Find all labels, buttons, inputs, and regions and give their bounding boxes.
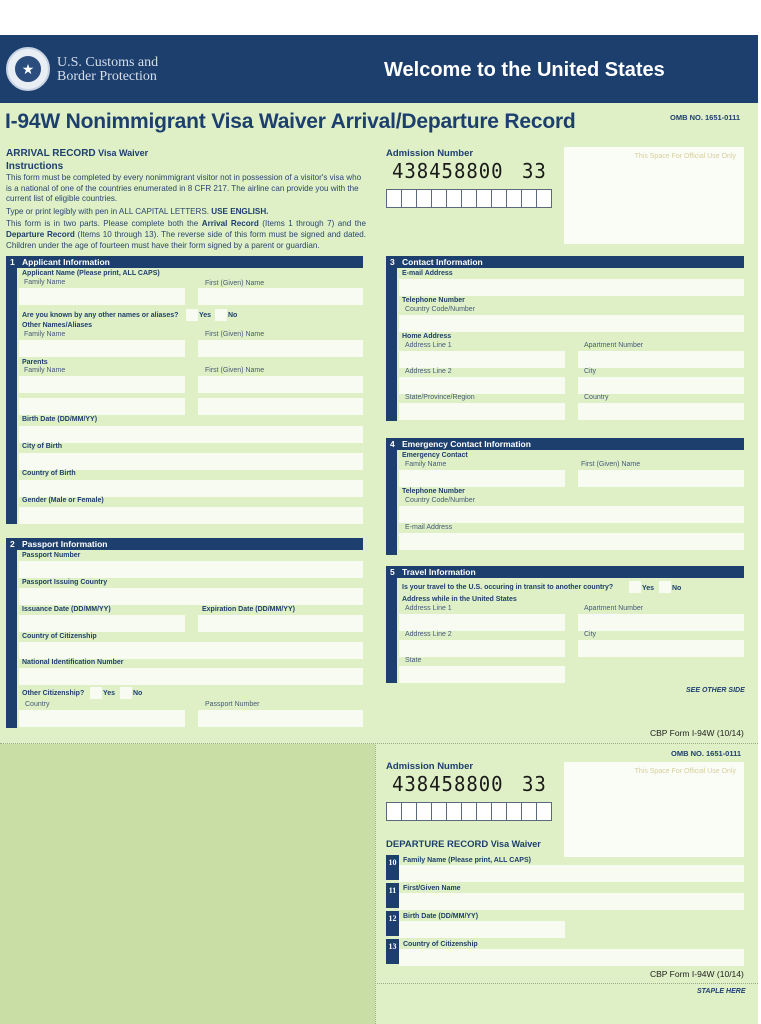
transit-yes-checkbox[interactable] [629, 581, 641, 593]
admission-number-departure: 438458800 [392, 772, 504, 796]
perforation-line-vertical [375, 743, 376, 1024]
admission-number-boxes-departure[interactable] [386, 802, 551, 821]
emergency-first-name-field[interactable] [578, 470, 744, 487]
parent2-first-name-field[interactable] [198, 398, 363, 415]
official-use-box: This Space For Official Use Only [564, 147, 744, 244]
instructions-para-1: This form must be completed by every non… [6, 173, 366, 205]
admission-number-suffix: 33 [522, 159, 547, 183]
admission-digit-box[interactable] [401, 189, 417, 208]
admission-digit-box[interactable] [521, 802, 537, 821]
section-5-header: 5Travel Information [386, 566, 744, 578]
gender-field[interactable] [19, 507, 363, 524]
birth-date-field[interactable] [19, 426, 363, 443]
other-passport-number-field[interactable] [198, 710, 363, 727]
i94w-form-sheet: ★ U.S. Customs and Border Protection Wel… [0, 35, 758, 1024]
aliases-yes-checkbox[interactable] [186, 309, 198, 321]
admission-number-boxes[interactable] [386, 189, 551, 208]
admission-digit-box[interactable] [476, 189, 492, 208]
blank-stub-area [0, 744, 375, 1024]
admission-digit-box[interactable] [491, 189, 507, 208]
admission-digit-box[interactable] [536, 189, 552, 208]
departure-family-name-field[interactable] [399, 865, 744, 882]
instructions-para-3: This form is in two parts. Please comple… [6, 219, 366, 251]
section-applicant-information: 1Applicant Information Applicant Name (P… [6, 256, 363, 524]
admission-digit-box[interactable] [506, 802, 522, 821]
alias-family-name-field[interactable] [19, 340, 185, 357]
admission-digit-box[interactable] [416, 189, 432, 208]
other-citizenship-country-field[interactable] [19, 710, 185, 727]
admission-number-label: Admission Number [386, 148, 473, 159]
admission-number-label-departure: Admission Number [386, 761, 473, 772]
expiration-date-field[interactable] [198, 615, 363, 632]
home-address-line2-field[interactable] [399, 377, 565, 394]
form-id-departure: CBP Form I-94W (10/14) [650, 969, 744, 979]
form-title: I-94W Nonimmigrant Visa Waiver Arrival/D… [5, 110, 576, 134]
parent1-family-name-field[interactable] [19, 376, 185, 393]
admission-digit-box[interactable] [446, 802, 462, 821]
section-1-header: 1Applicant Information [6, 256, 363, 268]
departure-record-heading: DEPARTURE RECORD Visa Waiver [386, 839, 541, 850]
city-of-birth-field[interactable] [19, 453, 363, 470]
agency-name: U.S. Customs and Border Protection [57, 56, 158, 84]
home-country-field[interactable] [578, 403, 744, 420]
parent2-family-name-field[interactable] [19, 398, 185, 415]
admission-number: 438458800 [392, 159, 504, 183]
telephone-field[interactable] [399, 315, 744, 332]
section-contact-information: 3Contact Information E-mail Address Tele… [386, 256, 744, 421]
us-apartment-number-field[interactable] [578, 614, 744, 631]
admission-digit-box[interactable] [491, 802, 507, 821]
alias-first-name-field[interactable] [198, 340, 363, 357]
section-passport-information: 2Passport Information Passport Number Pa… [6, 538, 363, 728]
home-state-field[interactable] [399, 403, 565, 420]
other-citizenship-yes-checkbox[interactable] [90, 687, 102, 699]
omb-number-departure: OMB NO. 1651-0111 [671, 749, 741, 758]
us-state-field[interactable] [399, 666, 565, 683]
country-of-citizenship-field[interactable] [19, 642, 363, 659]
us-address-line2-field[interactable] [399, 640, 565, 657]
section-3-header: 3Contact Information [386, 256, 744, 268]
staple-here-note: STAPLE HERE [697, 988, 746, 995]
home-apartment-number-field[interactable] [578, 351, 744, 368]
section-2-header: 2Passport Information [6, 538, 363, 550]
instructions-block: ARRIVAL RECORD Visa Waiver Instructions … [6, 147, 366, 253]
admission-digit-box[interactable] [506, 189, 522, 208]
departure-citizenship-field[interactable] [399, 949, 744, 966]
admission-digit-box[interactable] [461, 189, 477, 208]
section-4-header: 4Emergency Contact Information [386, 438, 744, 450]
applicant-family-name-field[interactable] [19, 288, 185, 305]
country-of-birth-field[interactable] [19, 480, 363, 497]
header-banner: ★ U.S. Customs and Border Protection Wel… [0, 35, 758, 103]
other-citizenship-no-checkbox[interactable] [120, 687, 132, 699]
admission-digit-box[interactable] [386, 802, 402, 821]
emergency-email-field[interactable] [399, 533, 744, 550]
official-use-box-departure: This Space For Official Use Only [564, 762, 744, 857]
passport-issuing-country-field[interactable] [19, 588, 363, 605]
email-field[interactable] [399, 279, 744, 296]
see-other-side-note: SEE OTHER SIDE [686, 687, 745, 694]
admission-digit-box[interactable] [386, 189, 402, 208]
instructions-para-2: Type or print legibly with pen in ALL CA… [6, 207, 366, 218]
welcome-heading: Welcome to the United States [384, 59, 665, 82]
admission-digit-box[interactable] [446, 189, 462, 208]
applicant-first-name-field[interactable] [198, 288, 363, 305]
home-city-field[interactable] [578, 377, 744, 394]
transit-no-checkbox[interactable] [659, 581, 671, 593]
home-address-line1-field[interactable] [399, 351, 565, 368]
section-emergency-contact: 4Emergency Contact Information Emergency… [386, 438, 744, 555]
admission-digit-box[interactable] [536, 802, 552, 821]
admission-digit-box[interactable] [521, 189, 537, 208]
emergency-telephone-field[interactable] [399, 506, 744, 523]
admission-digit-box[interactable] [431, 189, 447, 208]
admission-digit-box[interactable] [476, 802, 492, 821]
national-id-field[interactable] [19, 668, 363, 685]
admission-number-suffix-departure: 33 [522, 772, 547, 796]
emergency-family-name-field[interactable] [399, 470, 565, 487]
us-city-field[interactable] [578, 640, 744, 657]
departure-birth-date-field[interactable] [399, 921, 565, 938]
aliases-no-checkbox[interactable] [215, 309, 227, 321]
issuance-date-field[interactable] [19, 615, 185, 632]
passport-number-field[interactable] [19, 561, 363, 578]
departure-first-name-field[interactable] [399, 893, 744, 910]
admission-digit-box[interactable] [401, 802, 417, 821]
omb-number: OMB NO. 1651-0111 [670, 113, 740, 122]
admission-digit-box[interactable] [431, 802, 447, 821]
dhs-seal-icon: ★ [6, 47, 50, 91]
section-travel-information: 5Travel Information Is your travel to th… [386, 566, 744, 683]
us-address-line1-field[interactable] [399, 614, 565, 631]
form-id: CBP Form I-94W (10/14) [650, 728, 744, 738]
perforation-line [0, 743, 758, 744]
arrival-record-heading: ARRIVAL RECORD Visa Waiver [6, 147, 366, 160]
parent1-first-name-field[interactable] [198, 376, 363, 393]
admission-digit-box[interactable] [461, 802, 477, 821]
instructions-heading: Instructions [6, 160, 366, 173]
admission-digit-box[interactable] [416, 802, 432, 821]
staple-perforation-line [375, 983, 758, 984]
